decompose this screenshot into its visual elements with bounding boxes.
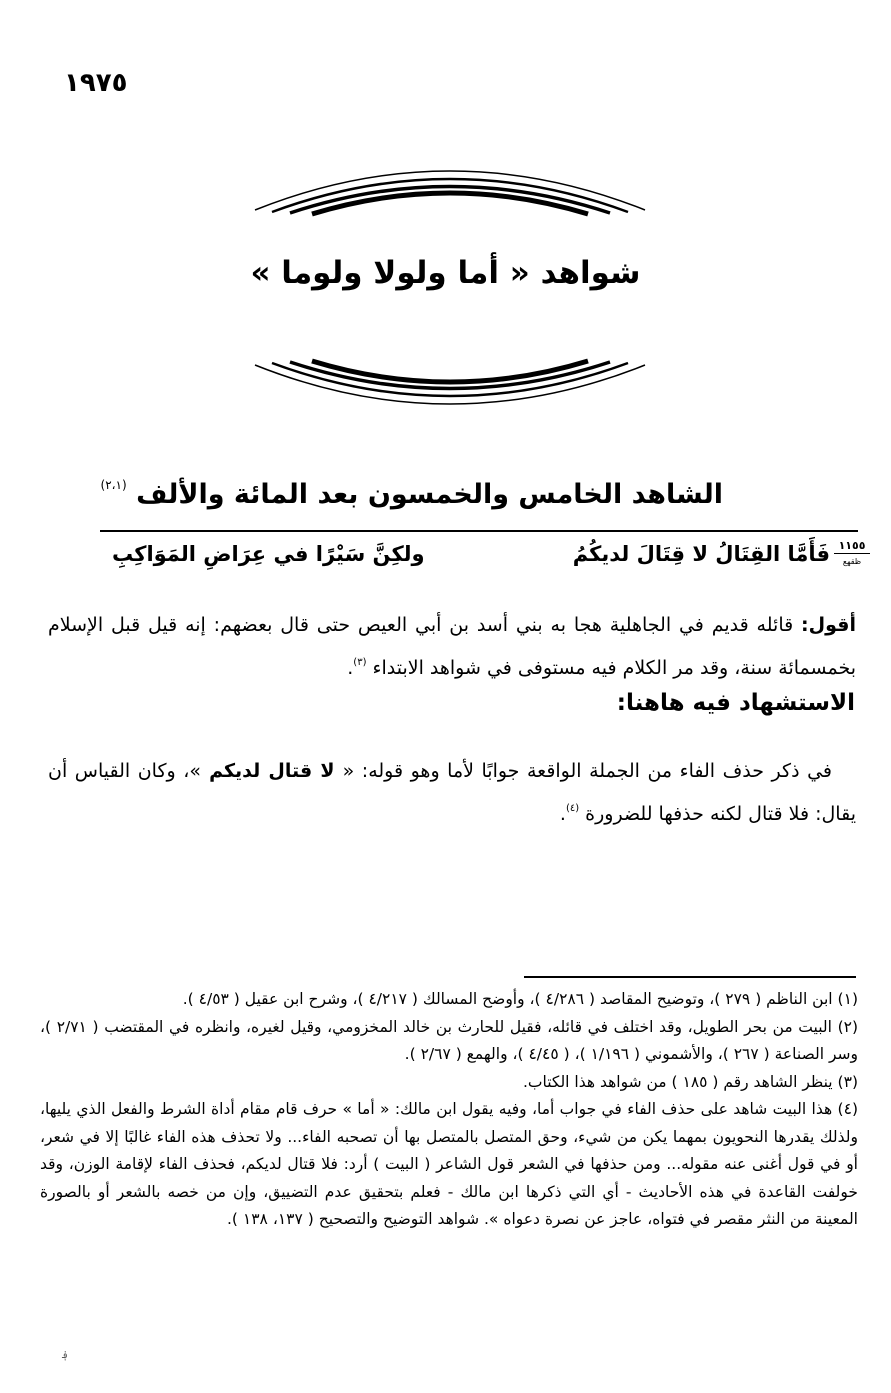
citation-paragraph: في ذكر حذف الفاء من الجملة الواقعة جوابً…: [48, 752, 856, 833]
footnote-divider: [524, 976, 856, 978]
verse-number-value: ١١٥٥: [834, 540, 870, 554]
footnote-ref-4[interactable]: (٤): [566, 803, 579, 814]
shahid-heading-text: الشاهد الخامس والخمسون بعد المائة والألف: [136, 479, 723, 510]
footnote-text: هذا البيت شاهد على حذف الفاء في جواب أما…: [40, 1100, 858, 1228]
verse-line: ١١٥٥ ظقهع فَأَمَّا القِتَالُ لا قِتَالَ …: [100, 540, 870, 580]
footnote-3: (٣) ينظر الشاهد رقم ( ١٨٥ ) من شواهد هذا…: [40, 1069, 858, 1097]
footnote-ref-3[interactable]: (٣): [353, 657, 366, 668]
verse-hemistich-second: ولكِنَّ سَيْرًا في عِرَاضِ المَوَاكِبِ: [112, 542, 425, 566]
commentary-text: قائله قديم في الجاهلية هجا به بني أسد بن…: [48, 614, 856, 679]
citation-quote: لا قتال لديكم: [201, 760, 343, 782]
page-number: ١٩٧٥: [64, 68, 127, 98]
citation-text-before: في ذكر حذف الفاء من الجملة الواقعة جوابً…: [343, 760, 832, 782]
footnote-ref-1-2[interactable]: (٢،١): [101, 478, 127, 492]
verse-meter-code: ظقهع: [834, 554, 870, 568]
verse-hemistich-first: فَأَمَّا القِتَالُ لا قِتَالَ لديكُمُ: [573, 542, 830, 566]
scan-artifact-mark: ؋: [62, 1350, 68, 1361]
chapter-title: شواهد « أما ولولا ولوما »: [0, 255, 891, 291]
footnote-text: ينظر الشاهد رقم ( ١٨٥ ) من شواهد هذا الك…: [523, 1073, 833, 1091]
footnote-1: (١) ابن الناظم ( ٢٧٩ )، وتوضيح المقاصد (…: [40, 986, 858, 1014]
verse-number: ١١٥٥ ظقهع: [834, 540, 870, 568]
footnote-marker: (٣): [838, 1073, 858, 1091]
section-heading: الاستشهاد فيه هاهنا:: [617, 690, 855, 716]
verse-top-rule: [100, 530, 858, 532]
bottom-arc-ornament-icon: [250, 355, 650, 425]
shahid-heading: الشاهد الخامس والخمسون بعد المائة والألف…: [101, 478, 723, 510]
footnote-text: البيت من بحر الطويل، وقد اختلف في قائله،…: [40, 1018, 858, 1064]
footnote-marker: (١): [838, 990, 858, 1008]
footnote-marker: (٤): [838, 1100, 858, 1118]
commentary-paragraph: أقول: قائله قديم في الجاهلية هجا به بني …: [48, 606, 856, 687]
footnote-text: ابن الناظم ( ٢٧٩ )، وتوضيح المقاصد ( ٤/٢…: [183, 990, 833, 1008]
footnote-4: (٤) هذا البيت شاهد على حذف الفاء في جواب…: [40, 1096, 858, 1234]
footnotes: (١) ابن الناظم ( ٢٧٩ )، وتوضيح المقاصد (…: [40, 986, 858, 1234]
commentary-lead: أقول:: [801, 614, 856, 636]
top-arc-ornament-icon: [250, 150, 650, 220]
footnote-2: (٢) البيت من بحر الطويل، وقد اختلف في قا…: [40, 1014, 858, 1069]
footnote-marker: (٢): [838, 1018, 858, 1036]
